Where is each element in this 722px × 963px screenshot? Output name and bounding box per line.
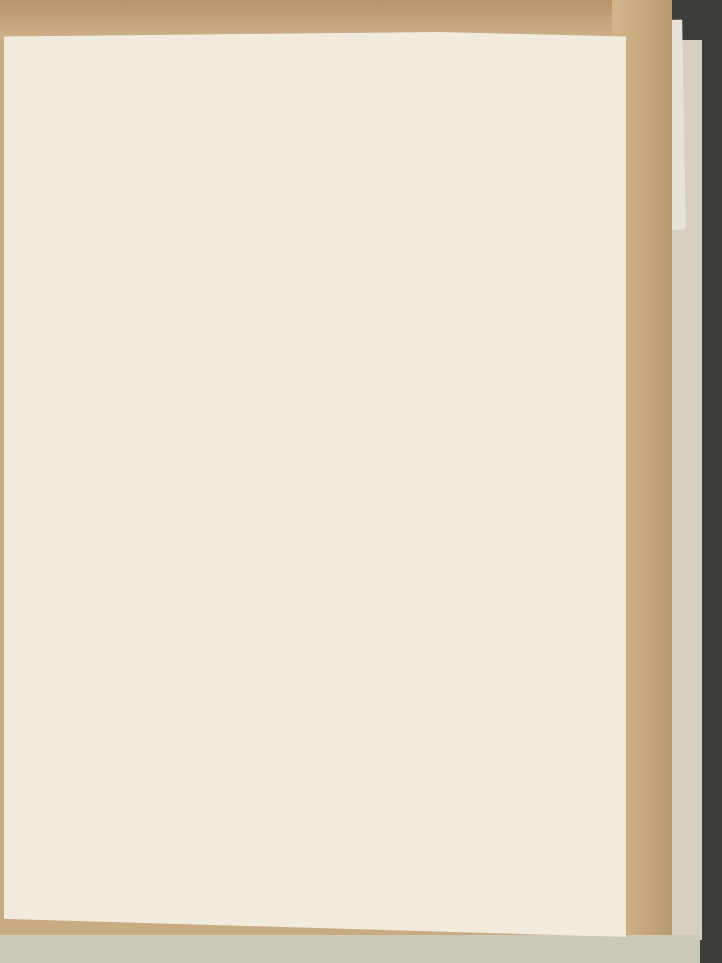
- typed-document-page: [4, 32, 626, 937]
- bottom-sheets: [0, 935, 700, 963]
